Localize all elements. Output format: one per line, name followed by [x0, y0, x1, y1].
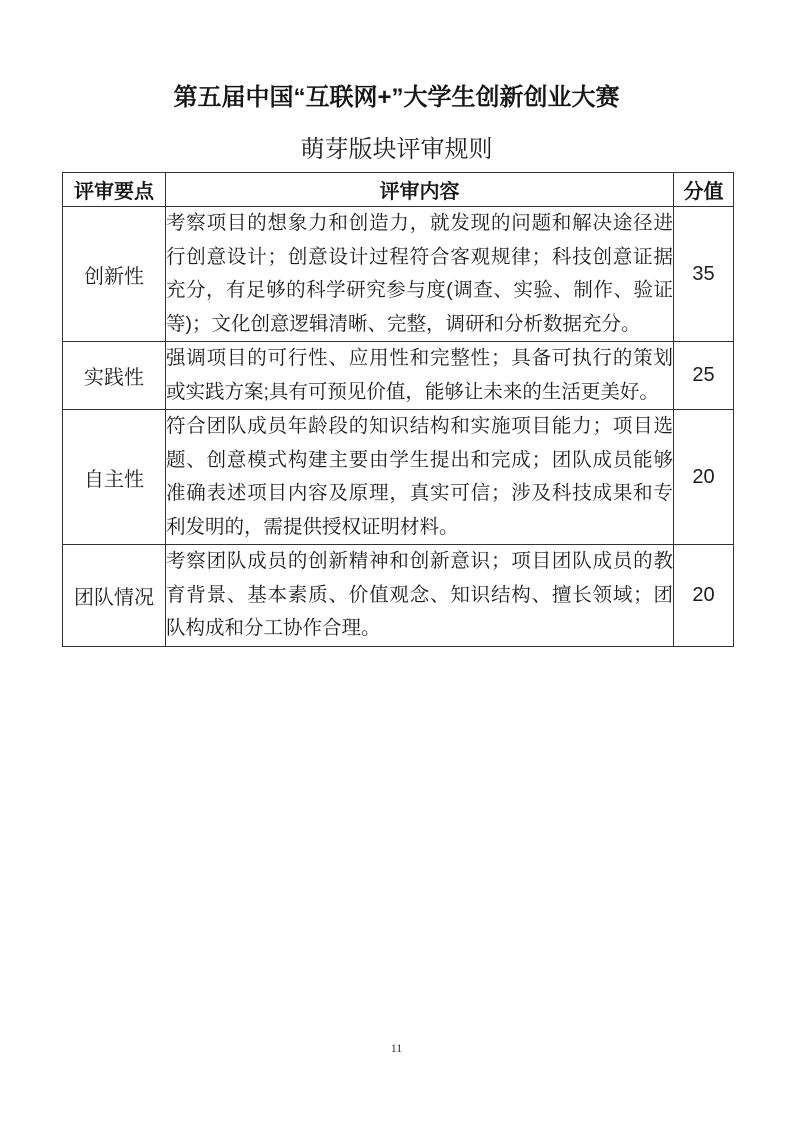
content-line: 等)；文化创意逻辑清晰、完整，调研和分析数据充分。 — [166, 308, 673, 342]
content-line: 强调项目的可行性、应用性和完整性；具备可执行的策划 — [166, 342, 673, 376]
table-row-innovation: 创新性 考察项目的想象力和创造力，就发现的问题和解决途径进行创意设计；创意设计过… — [63, 207, 734, 342]
criterion-cell: 创新性 — [63, 207, 166, 342]
content-line: 符合团队成员年龄段的知识结构和实施项目能力；项目选 — [166, 410, 673, 444]
content-line: 考察团队成员的创新精神和创新意识；项目团队成员的教 — [166, 545, 673, 579]
content-line: 利发明的，需提供授权证明材料。 — [166, 511, 673, 545]
content-line: 育背景、基本素质、价值观念、知识结构、擅长领域；团 — [166, 579, 673, 613]
col-header-score: 分值 — [674, 173, 734, 207]
content-cell: 强调项目的可行性、应用性和完整性；具备可执行的策划或实践方案;具有可预见价值，能… — [166, 342, 674, 410]
content-line: 行创意设计；创意设计过程符合客观规律；科技创意证据 — [166, 241, 673, 275]
table-row-practicality: 实践性 强调项目的可行性、应用性和完整性；具备可执行的策划或实践方案;具有可预见… — [63, 342, 734, 410]
content-cell: 符合团队成员年龄段的知识结构和实施项目能力；项目选题、创意模式构建主要由学生提出… — [166, 410, 674, 545]
content-line: 考察项目的想象力和创造力，就发现的问题和解决途径进 — [166, 207, 673, 241]
col-header-criterion: 评审要点 — [63, 173, 166, 207]
col-header-content: 评审内容 — [166, 173, 674, 207]
score-cell: 20 — [674, 410, 734, 545]
score-cell: 20 — [674, 545, 734, 647]
scoring-rubric-table: 评审要点 评审内容 分值 创新性 考察项目的想象力和创造力，就发现的问题和解决途… — [62, 172, 734, 647]
document-subtitle: 萌芽版块评审规则 — [0, 136, 793, 163]
content-cell: 考察项目的想象力和创造力，就发现的问题和解决途径进行创意设计；创意设计过程符合客… — [166, 207, 674, 342]
content-line: 准确表述项目内容及原理，真实可信；涉及科技成果和专 — [166, 477, 673, 511]
score-cell: 35 — [674, 207, 734, 342]
table-row-autonomy: 自主性 符合团队成员年龄段的知识结构和实施项目能力；项目选题、创意模式构建主要由… — [63, 410, 734, 545]
content-line: 队构成和分工协作合理。 — [166, 612, 673, 646]
content-line: 或实践方案;具有可预见价值，能够让未来的生活更美好。 — [166, 376, 673, 410]
table-header-row: 评审要点 评审内容 分值 — [63, 173, 734, 207]
criterion-cell: 实践性 — [63, 342, 166, 410]
score-cell: 25 — [674, 342, 734, 410]
document-page: 第五届中国“互联网+”大学生创新创业大赛 萌芽版块评审规则 评审要点 评审内容 … — [0, 0, 793, 1122]
criterion-cell: 自主性 — [63, 410, 166, 545]
document-title: 第五届中国“互联网+”大学生创新创业大赛 — [0, 84, 793, 112]
page-number: 11 — [0, 1041, 793, 1056]
content-line: 题、创意模式构建主要由学生提出和完成；团队成员能够 — [166, 444, 673, 478]
table-row-team: 团队情况 考察团队成员的创新精神和创新意识；项目团队成员的教育背景、基本素质、价… — [63, 545, 734, 647]
criterion-cell: 团队情况 — [63, 545, 166, 647]
content-line: 充分，有足够的科学研究参与度(调查、实验、制作、验证 — [166, 274, 673, 308]
content-cell: 考察团队成员的创新精神和创新意识；项目团队成员的教育背景、基本素质、价值观念、知… — [166, 545, 674, 647]
